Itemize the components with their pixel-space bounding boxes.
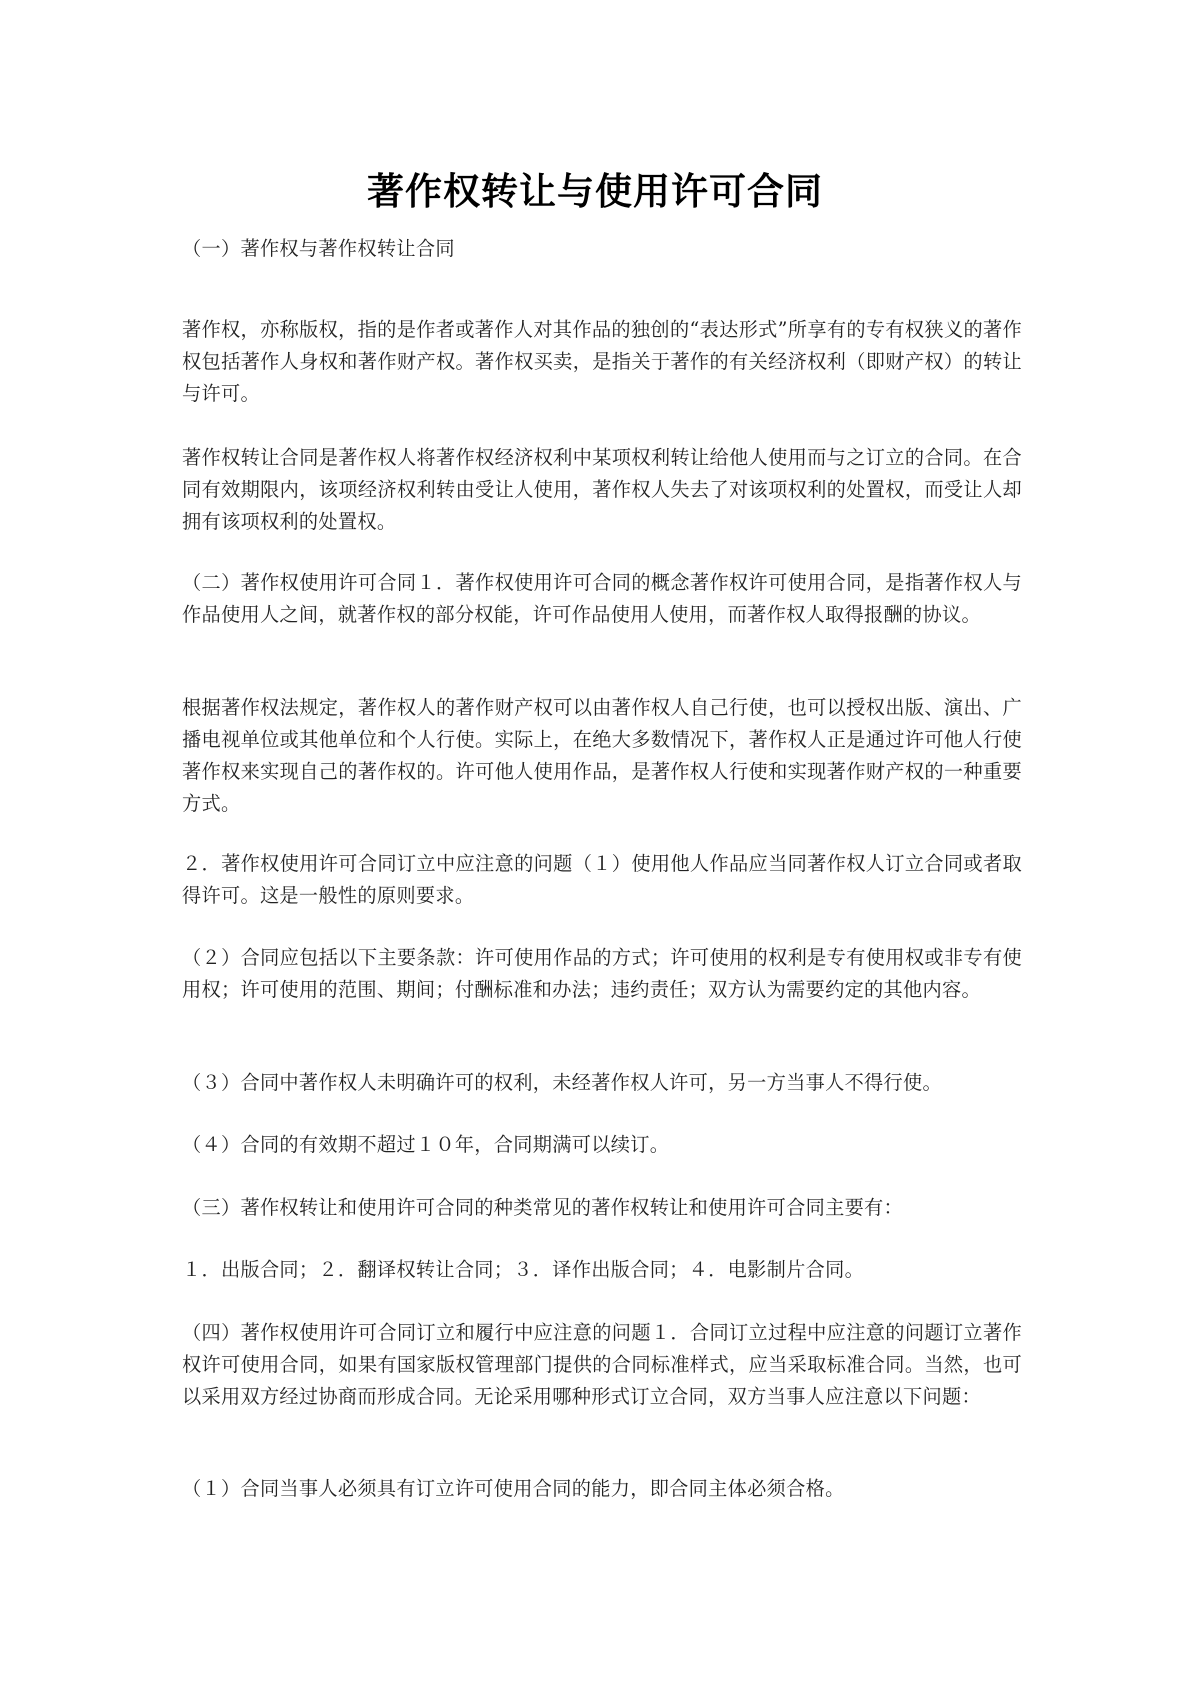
paragraph-transfer-contract: 著作权转让合同是著作权人将著作权经济权利中某项权利转让给他人使用而与之订立的合同… xyxy=(182,442,1022,538)
paragraph-notes-3: （３）合同中著作权人未明确许可的权利，未经著作权人许可，另一方当事人不得行使。 xyxy=(182,1067,1022,1099)
paragraph-copyright-definition: 著作权，亦称版权，指的是作者或著作人对其作品的独创的“表达形式”所享有的专有权狭… xyxy=(182,314,1022,410)
section-heading-1: （一）著作权与著作权转让合同 xyxy=(182,233,1022,265)
paragraph-contract-types: １．出版合同；２．翻译权转让合同；３．译作出版合同；４．电影制片合同。 xyxy=(182,1254,1022,1286)
paragraph-section-4-item-1: （１）合同当事人必须具有订立许可使用合同的能力，即合同主体必须合格。 xyxy=(182,1473,1022,1505)
paragraph-notes-1: ２．著作权使用许可合同订立中应注意的问题（１）使用他人作品应当同著作权人订立合同… xyxy=(182,848,1022,912)
paragraph-notes-4: （４）合同的有效期不超过１０年，合同期满可以续订。 xyxy=(182,1129,1022,1161)
paragraph-copyright-law: 根据著作权法规定，著作权人的著作财产权可以由著作权人自己行使，也可以授权出版、演… xyxy=(182,692,1022,820)
document-title: 著作权转让与使用许可合同 xyxy=(0,168,1190,216)
paragraph-notes-2: （２）合同应包括以下主要条款：许可使用作品的方式；许可使用的权利是专有使用权或非… xyxy=(182,942,1022,1006)
section-heading-3: （三）著作权转让和使用许可合同的种类常见的著作权转让和使用许可合同主要有： xyxy=(182,1192,1022,1224)
document-page: 著作权转让与使用许可合同 （一）著作权与著作权转让合同 著作权，亦称版权，指的是… xyxy=(0,0,1190,1683)
paragraph-section-4: （四）著作权使用许可合同订立和履行中应注意的问题１．合同订立过程中应注意的问题订… xyxy=(182,1317,1022,1413)
paragraph-license-contract: （二）著作权使用许可合同１．著作权使用许可合同的概念著作权许可使用合同，是指著作… xyxy=(182,567,1022,631)
